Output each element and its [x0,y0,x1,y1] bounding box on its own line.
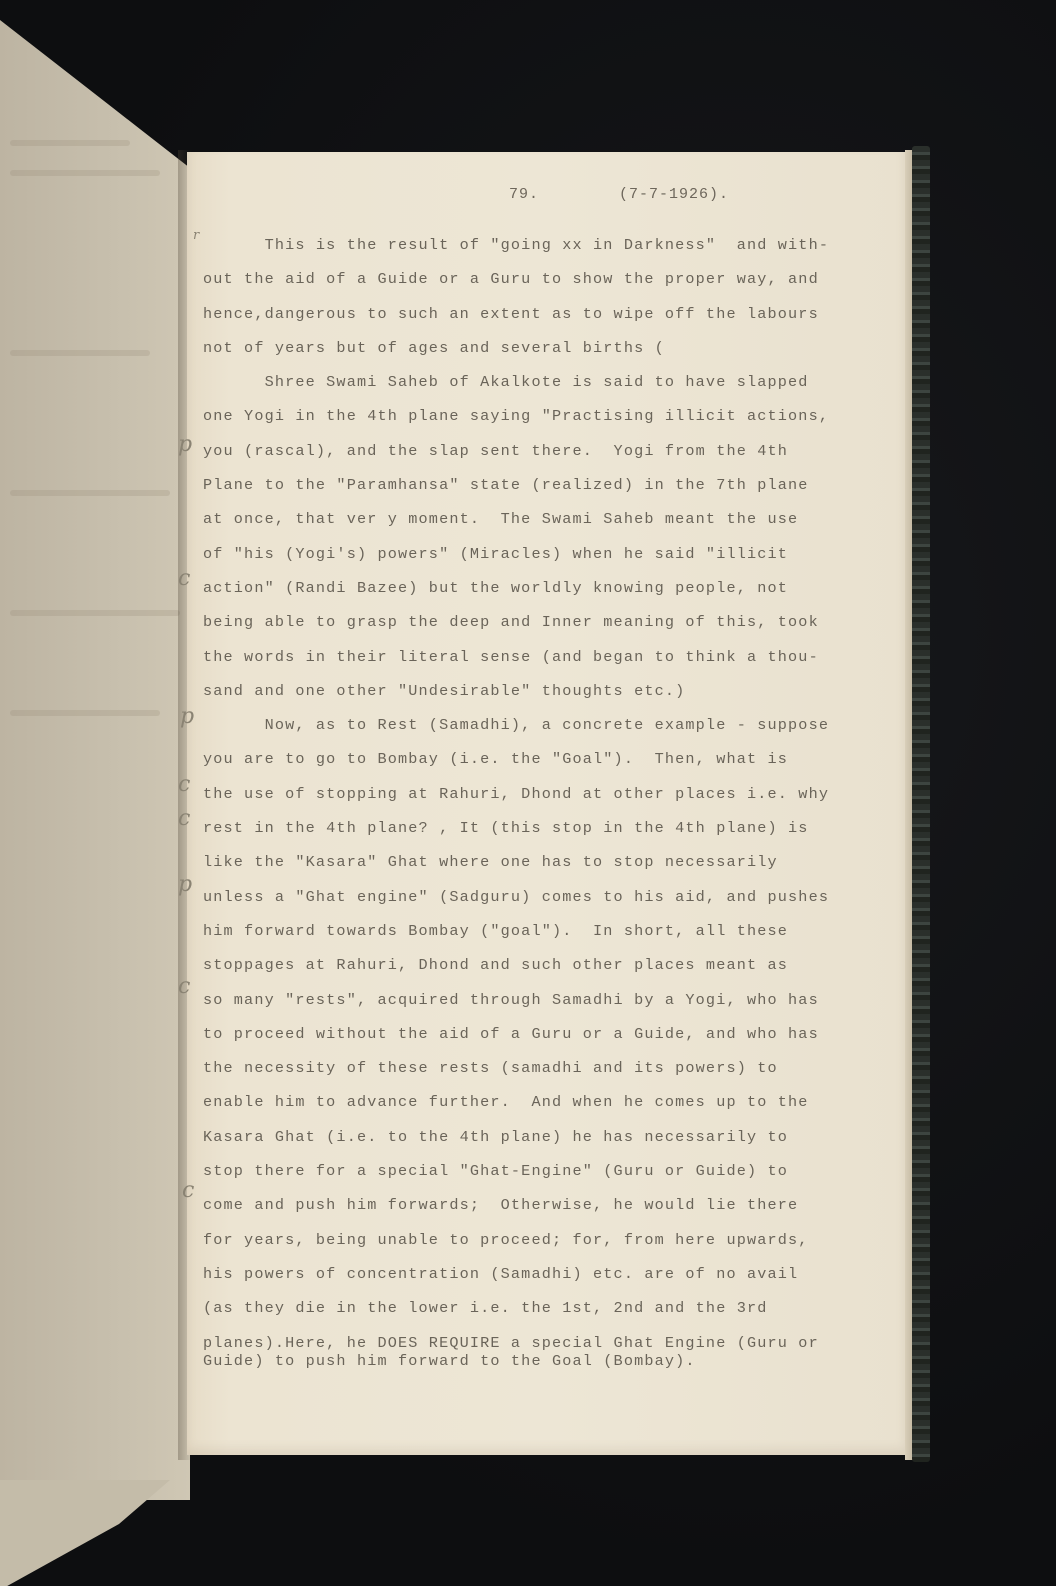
text-line: stoppages at Rahuri, Dhond and such othe… [203,948,883,982]
text-line: being able to grasp the deep and Inner m… [203,605,883,639]
text-line: Plane to the "Paramhansa" state (realize… [203,468,883,502]
text-line: unless a "Ghat engine" (Sadguru) comes t… [203,880,883,914]
text-line: Kasara Ghat (i.e. to the 4th plane) he h… [203,1120,883,1154]
text-line: like the "Kasara" Ghat where one has to … [203,845,883,879]
text-line: one Yogi in the 4th plane saying "Practi… [203,399,883,433]
text-line: the use of stopping at Rahuri, Dhond at … [203,777,883,811]
text-line: (as they die in the lower i.e. the 1st, … [203,1291,883,1325]
text-line: Now, as to Rest (Samadhi), a concrete ex… [203,708,883,742]
text-line: This is the result of "going xx in Darkn… [203,228,883,262]
text-line: not of years but of ages and several bir… [203,331,883,365]
text-line: you (rascal), and the slap sent there. Y… [203,434,883,468]
text-line: stop there for a special "Ghat-Engine" (… [203,1154,883,1188]
margin-annotation-icon: c [178,772,190,797]
text-line: for years, being unable to proceed; for,… [203,1223,883,1257]
text-line: rest in the 4th plane? , It (this stop i… [203,811,883,845]
text-line: out the aid of a Guide or a Guru to show… [203,262,883,296]
margin-mark-icon: r [193,228,199,243]
margin-annotation-icon: c [178,806,190,831]
text-line: hence,dangerous to such an extent as to … [203,297,883,331]
text-line: the words in their literal sense (and be… [203,640,883,674]
text-line: of "his (Yogi's) powers" (Miracles) when… [203,537,883,571]
page-header: 79. (7-7-1926). [509,186,729,203]
margin-annotation-icon: c [178,974,190,999]
book-spine-binding [912,146,930,1462]
text-line: enable him to advance further. And when … [203,1085,883,1119]
margin-annotation-icon: p [180,704,194,729]
margin-annotation-icon: p [178,872,192,897]
text-line: at once, that ver y moment. The Swami Sa… [203,502,883,536]
margin-annotation-icon: c [182,1178,194,1203]
text-line: sand and one other "Undesirable" thought… [203,674,883,708]
margin-annotation-icon: p [178,432,192,457]
text-line: so many "rests", acquired through Samadh… [203,983,883,1017]
typewritten-body: This is the result of "going xx in Darkn… [203,228,883,1370]
text-line: planes).Here, he DOES REQUIRE a special … [203,1334,883,1352]
text-line: his powers of concentration (Samadhi) et… [203,1257,883,1291]
text-line: action" (Randi Bazee) but the worldly kn… [203,571,883,605]
text-line: to proceed without the aid of a Guru or … [203,1017,883,1051]
text-line: Shree Swami Saheb of Akalkote is said to… [203,365,883,399]
facing-page-left [0,20,190,1500]
text-line: him forward towards Bombay ("goal"). In … [203,914,883,948]
margin-annotation-icon: c [178,566,190,591]
text-line: come and push him forwards; Otherwise, h… [203,1188,883,1222]
text-line: Guide) to push him forward to the Goal (… [203,1352,883,1370]
text-line: you are to go to Bombay (i.e. the "Goal"… [203,742,883,776]
text-line: the necessity of these rests (samadhi an… [203,1051,883,1085]
